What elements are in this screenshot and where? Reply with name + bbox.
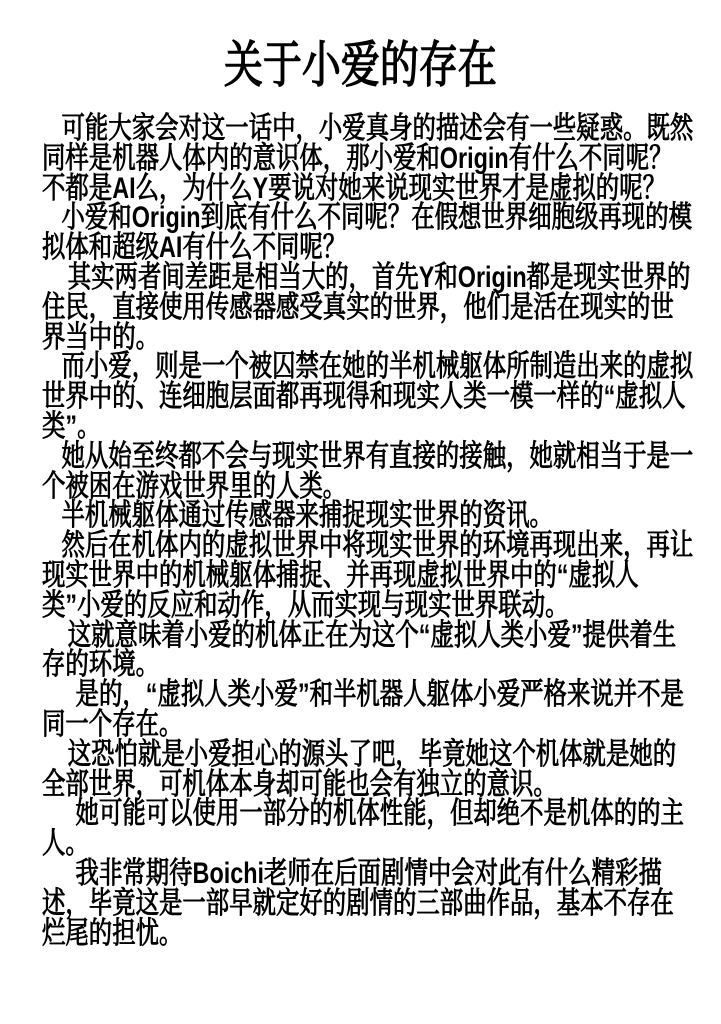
paragraph: 然后在机体内的虚拟世界中将现实世界的环境再现出来，再让现实世界中的机械躯体捕捉、…	[42, 531, 693, 620]
paragraph: 她可能可以使用一部分的机体性能，但却绝不是机体的的主人。	[42, 799, 693, 859]
paragraph: 是的，“虚拟人类小爱”和半机器人躯体小爱严格来说并不是同一个存在。	[42, 680, 693, 740]
document-page: 关于小爱的存在 可能大家会对这一话中，小爱真身的描述会有一些疑惑。既然同样是机器…	[0, 0, 721, 1024]
paragraph: 半机械躯体通过传感器来捕捉现实世界的资讯。	[42, 501, 693, 531]
paragraph: 其实两者间差距是相当大的，首先Y和Origin都是现实世界的住民，直接使用传感器…	[42, 263, 693, 352]
paragraph: 我非常期待Boichi老师在后面剧情中会对此有什么精彩描述，毕竟这是一部早就定好…	[42, 859, 693, 948]
paragraph: 这恐怕就是小爱担心的源头了吧，毕竟她这个机体就是她的全部世界，可机体本身却可能也…	[42, 740, 693, 800]
paragraph: 小爱和Origin到底有什么不同呢？在假想世界细胞级再现的模拟体和超级AI有什么…	[42, 203, 693, 263]
article-body: 可能大家会对这一话中，小爱真身的描述会有一些疑惑。既然同样是机器人体内的意识体，…	[42, 114, 693, 948]
paragraph: 这就意味着小爱的机体正在为这个“虚拟人类小爱”提供着生存的环境。	[42, 621, 693, 681]
paragraph: 而小爱，则是一个被囚禁在她的半机械躯体所制造出来的虚拟世界中的、连细胞层面都再现…	[42, 352, 693, 441]
page-title: 关于小爱的存在	[79, 36, 641, 94]
paragraph: 可能大家会对这一话中，小爱真身的描述会有一些疑惑。既然同样是机器人体内的意识体，…	[42, 114, 693, 203]
paragraph: 她从始至终都不会与现实世界有直接的接触，她就相当于是一个被困在游戏世界里的人类。	[42, 442, 693, 502]
page-title-container: 关于小爱的存在	[79, 36, 641, 94]
